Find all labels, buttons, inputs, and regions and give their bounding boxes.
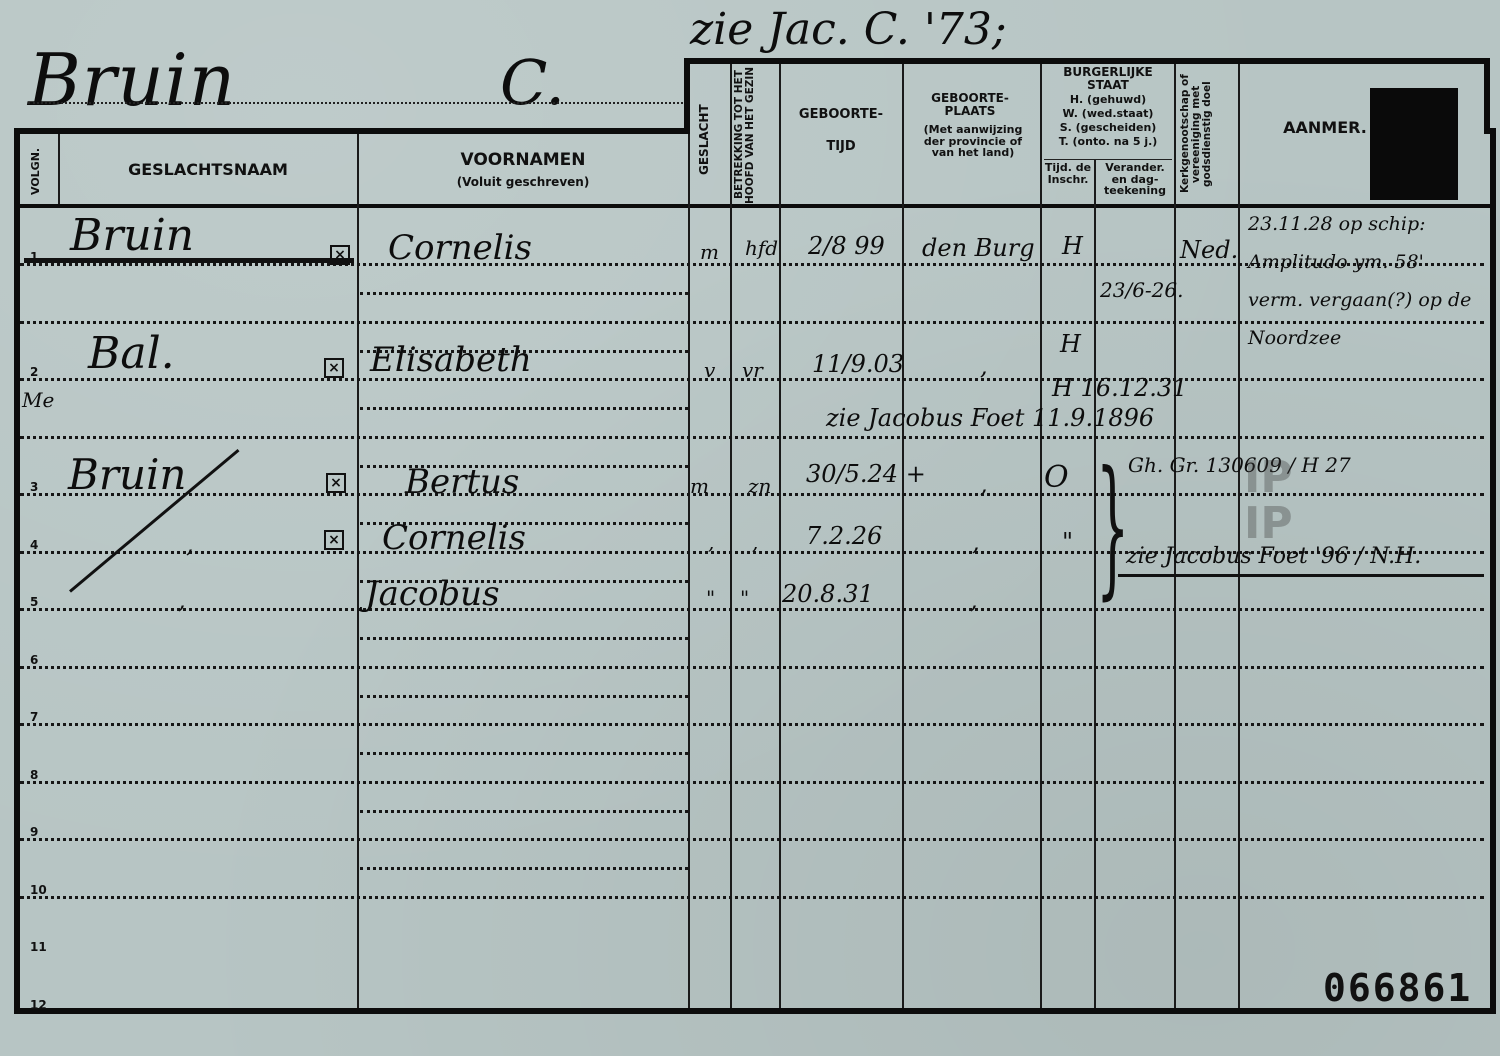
row1-betrekking: hfd bbox=[745, 236, 778, 260]
row4-aanmerking: zie Jacobus Foet '96 / N.H. bbox=[1126, 540, 1476, 574]
top-border-right bbox=[684, 58, 1490, 64]
col-header-betrekking: BETREKKING TOT HET HOOFD VAN HET GEZIN bbox=[734, 66, 776, 204]
row4-checkbox: × bbox=[324, 530, 344, 550]
row-line bbox=[20, 723, 1484, 726]
row5-geslacht: " bbox=[706, 586, 715, 610]
row-half-line bbox=[360, 292, 688, 295]
top-border-left bbox=[14, 128, 688, 134]
row-number: 2 bbox=[30, 365, 38, 379]
row2-note: zie Jacobus Foet 11.9.1896 bbox=[826, 404, 1154, 432]
card-initial: C. bbox=[500, 46, 565, 119]
row-number: 10 bbox=[30, 883, 47, 897]
row1-strike bbox=[24, 258, 354, 263]
row5-betrekking: " bbox=[740, 586, 749, 610]
row3-geslacht: m bbox=[690, 474, 709, 498]
col-header-geboorteplaats: GEBOORTE-PLAATS bbox=[915, 92, 1025, 117]
row-half-line bbox=[360, 695, 688, 698]
row-half-line bbox=[360, 810, 688, 813]
row-half-line bbox=[360, 637, 688, 640]
row1-surname: Bruin bbox=[70, 210, 194, 261]
col-header-geboortetijd: GEBOORTE- bbox=[781, 108, 901, 122]
row5-surname: , bbox=[178, 586, 186, 614]
row2-voornamen: Elisabeth bbox=[370, 340, 532, 380]
bs-subheader-line bbox=[1044, 159, 1172, 160]
row2-geboortedatum: 11/9.03 bbox=[812, 350, 904, 378]
row4-geboortedatum: 7.2.26 bbox=[806, 522, 882, 550]
col-header-geslacht: GESLACHT bbox=[698, 82, 711, 197]
row-number: 5 bbox=[30, 595, 38, 609]
row4-geslacht: , bbox=[708, 530, 714, 554]
col-divider-geslacht bbox=[730, 64, 732, 1008]
row-line bbox=[20, 896, 1484, 899]
row2-geslacht: v bbox=[704, 358, 715, 382]
row5-geboorteplaats: , bbox=[970, 586, 978, 614]
col-header-volgnr: VOLGN. bbox=[30, 140, 42, 202]
row3-aanmerking: Gh. Gr. 130609 / H 27 bbox=[1128, 450, 1488, 480]
row1-voornamen: Cornelis bbox=[388, 228, 532, 268]
row2-geboorteplaats: , bbox=[980, 352, 988, 380]
row1-geslacht: m bbox=[700, 240, 719, 264]
col-header-geboortetijd-sub: TIJD bbox=[781, 140, 901, 154]
row1-checkbox: × bbox=[330, 245, 350, 265]
bs-line-h: H. (gehuwd) bbox=[1042, 94, 1174, 106]
col-header-voornamen-sub: (Voluit geschreven) bbox=[359, 176, 687, 189]
col-divider-geslachtsnaam bbox=[357, 134, 359, 654]
row3-geboorteplaats: , bbox=[980, 470, 988, 498]
col-divider-geboorteplaats bbox=[1040, 64, 1042, 1008]
row4-geboorteplaats: , bbox=[972, 528, 980, 556]
row1-bs-tijd: H bbox=[1062, 232, 1083, 260]
row3-geboortedatum: 30/5.24 + bbox=[806, 460, 926, 488]
row-line bbox=[20, 838, 1484, 841]
header-dotted-line bbox=[28, 102, 683, 104]
row-number: 9 bbox=[30, 825, 38, 839]
row1-geboortedatum: 2/8 99 bbox=[808, 232, 885, 260]
row-number: 7 bbox=[30, 710, 38, 724]
col-header-burgerlijke-staat: BURGERLIJKE STAAT bbox=[1042, 66, 1174, 91]
row2-bs-tijd: H bbox=[1060, 330, 1081, 358]
stamp-ip: IP bbox=[1244, 452, 1293, 503]
registration-card: Bruin C. zie Jac. C. '73; VOLGN. GESLACH… bbox=[0, 0, 1500, 1056]
col-divider-bs bbox=[1174, 64, 1176, 1008]
row4-surname: , bbox=[186, 530, 194, 558]
row3-checkbox: × bbox=[326, 473, 346, 493]
row2-margin-note: Me bbox=[22, 388, 54, 412]
row-number: 3 bbox=[30, 480, 38, 494]
col-header-geboorteplaats-sub: (Met aanwijzing der provincie of van het… bbox=[912, 124, 1034, 159]
col-divider-geboortetijd bbox=[902, 64, 904, 1008]
row1-geboorteplaats: den Burg bbox=[922, 234, 1035, 262]
row4-betrekking: , bbox=[752, 530, 758, 554]
row-number: 6 bbox=[30, 653, 38, 667]
row3-betrekking: zn bbox=[748, 474, 771, 498]
row2-checkbox: × bbox=[324, 358, 344, 378]
row2-betrekking: vr bbox=[742, 358, 763, 382]
row3-voornamen: Bertus bbox=[405, 462, 519, 502]
col-divider-betrekking bbox=[779, 64, 781, 1008]
row3-surname: Bruin bbox=[68, 450, 186, 499]
serial-number: 066861 bbox=[1323, 966, 1472, 1010]
row3-bs-tijd: O bbox=[1044, 460, 1069, 495]
bs-line-w: W. (wed.staat) bbox=[1042, 108, 1174, 120]
row-half-line bbox=[360, 867, 688, 870]
row-line bbox=[20, 436, 1484, 439]
row1-bs-verander: 23/6-26. bbox=[1100, 278, 1183, 302]
row-half-line bbox=[360, 407, 688, 410]
row-number: 8 bbox=[30, 768, 38, 782]
row-half-line bbox=[360, 752, 688, 755]
col-header-kerkgenootschap: Kerkgenootschap of vereeniging met godsd… bbox=[1180, 66, 1234, 202]
row1-kerk: Ned. bbox=[1180, 236, 1238, 264]
col-header-bs-verander: Verander. en dag-teekening bbox=[1096, 162, 1174, 197]
row-line bbox=[20, 666, 1484, 669]
row4-voornamen: Cornelis bbox=[382, 518, 526, 558]
col-header-voornamen: VOORNAMEN bbox=[359, 152, 687, 170]
row-number: 11 bbox=[30, 940, 47, 954]
row-number: 12 bbox=[30, 998, 47, 1012]
row2-surname: Bal. bbox=[88, 328, 175, 379]
censored-block bbox=[1370, 88, 1458, 200]
row-number: 4 bbox=[30, 538, 38, 552]
col-header-bs-tijd: Tijd. de Inschr. bbox=[1042, 162, 1094, 185]
bs-line-s: S. (gescheiden) bbox=[1042, 122, 1174, 134]
top-note: zie Jac. C. '73; bbox=[690, 4, 1007, 55]
row-line bbox=[20, 781, 1484, 784]
row5-voornamen: Jacobus bbox=[365, 574, 500, 614]
col-divider-kerk bbox=[1238, 64, 1240, 1008]
row1-aanmerking: 23.11.28 op schip: Amplitudo ym. 58' ver… bbox=[1248, 205, 1478, 357]
row2-bs-verander: H 16.12.31 bbox=[1052, 374, 1187, 402]
right-border-upper bbox=[1484, 58, 1490, 134]
row4-underline bbox=[1118, 574, 1484, 577]
row-line bbox=[20, 608, 1484, 611]
row4-bs-tijd: " bbox=[1062, 528, 1073, 556]
card-surname: Bruin bbox=[28, 38, 236, 122]
step-border bbox=[684, 58, 690, 134]
brace-rows-3-5: } bbox=[1096, 440, 1129, 614]
row5-geboortedatum: 20.8.31 bbox=[782, 580, 874, 608]
col-divider-geslachtsnaam-lower bbox=[357, 654, 359, 1008]
bs-line-t: T. (onto. na 5 j.) bbox=[1042, 136, 1174, 148]
col-header-aanmerkingen: AANMER. bbox=[1270, 120, 1380, 137]
col-header-geslachtsnaam: GESLACHTSNAAM bbox=[60, 162, 356, 179]
